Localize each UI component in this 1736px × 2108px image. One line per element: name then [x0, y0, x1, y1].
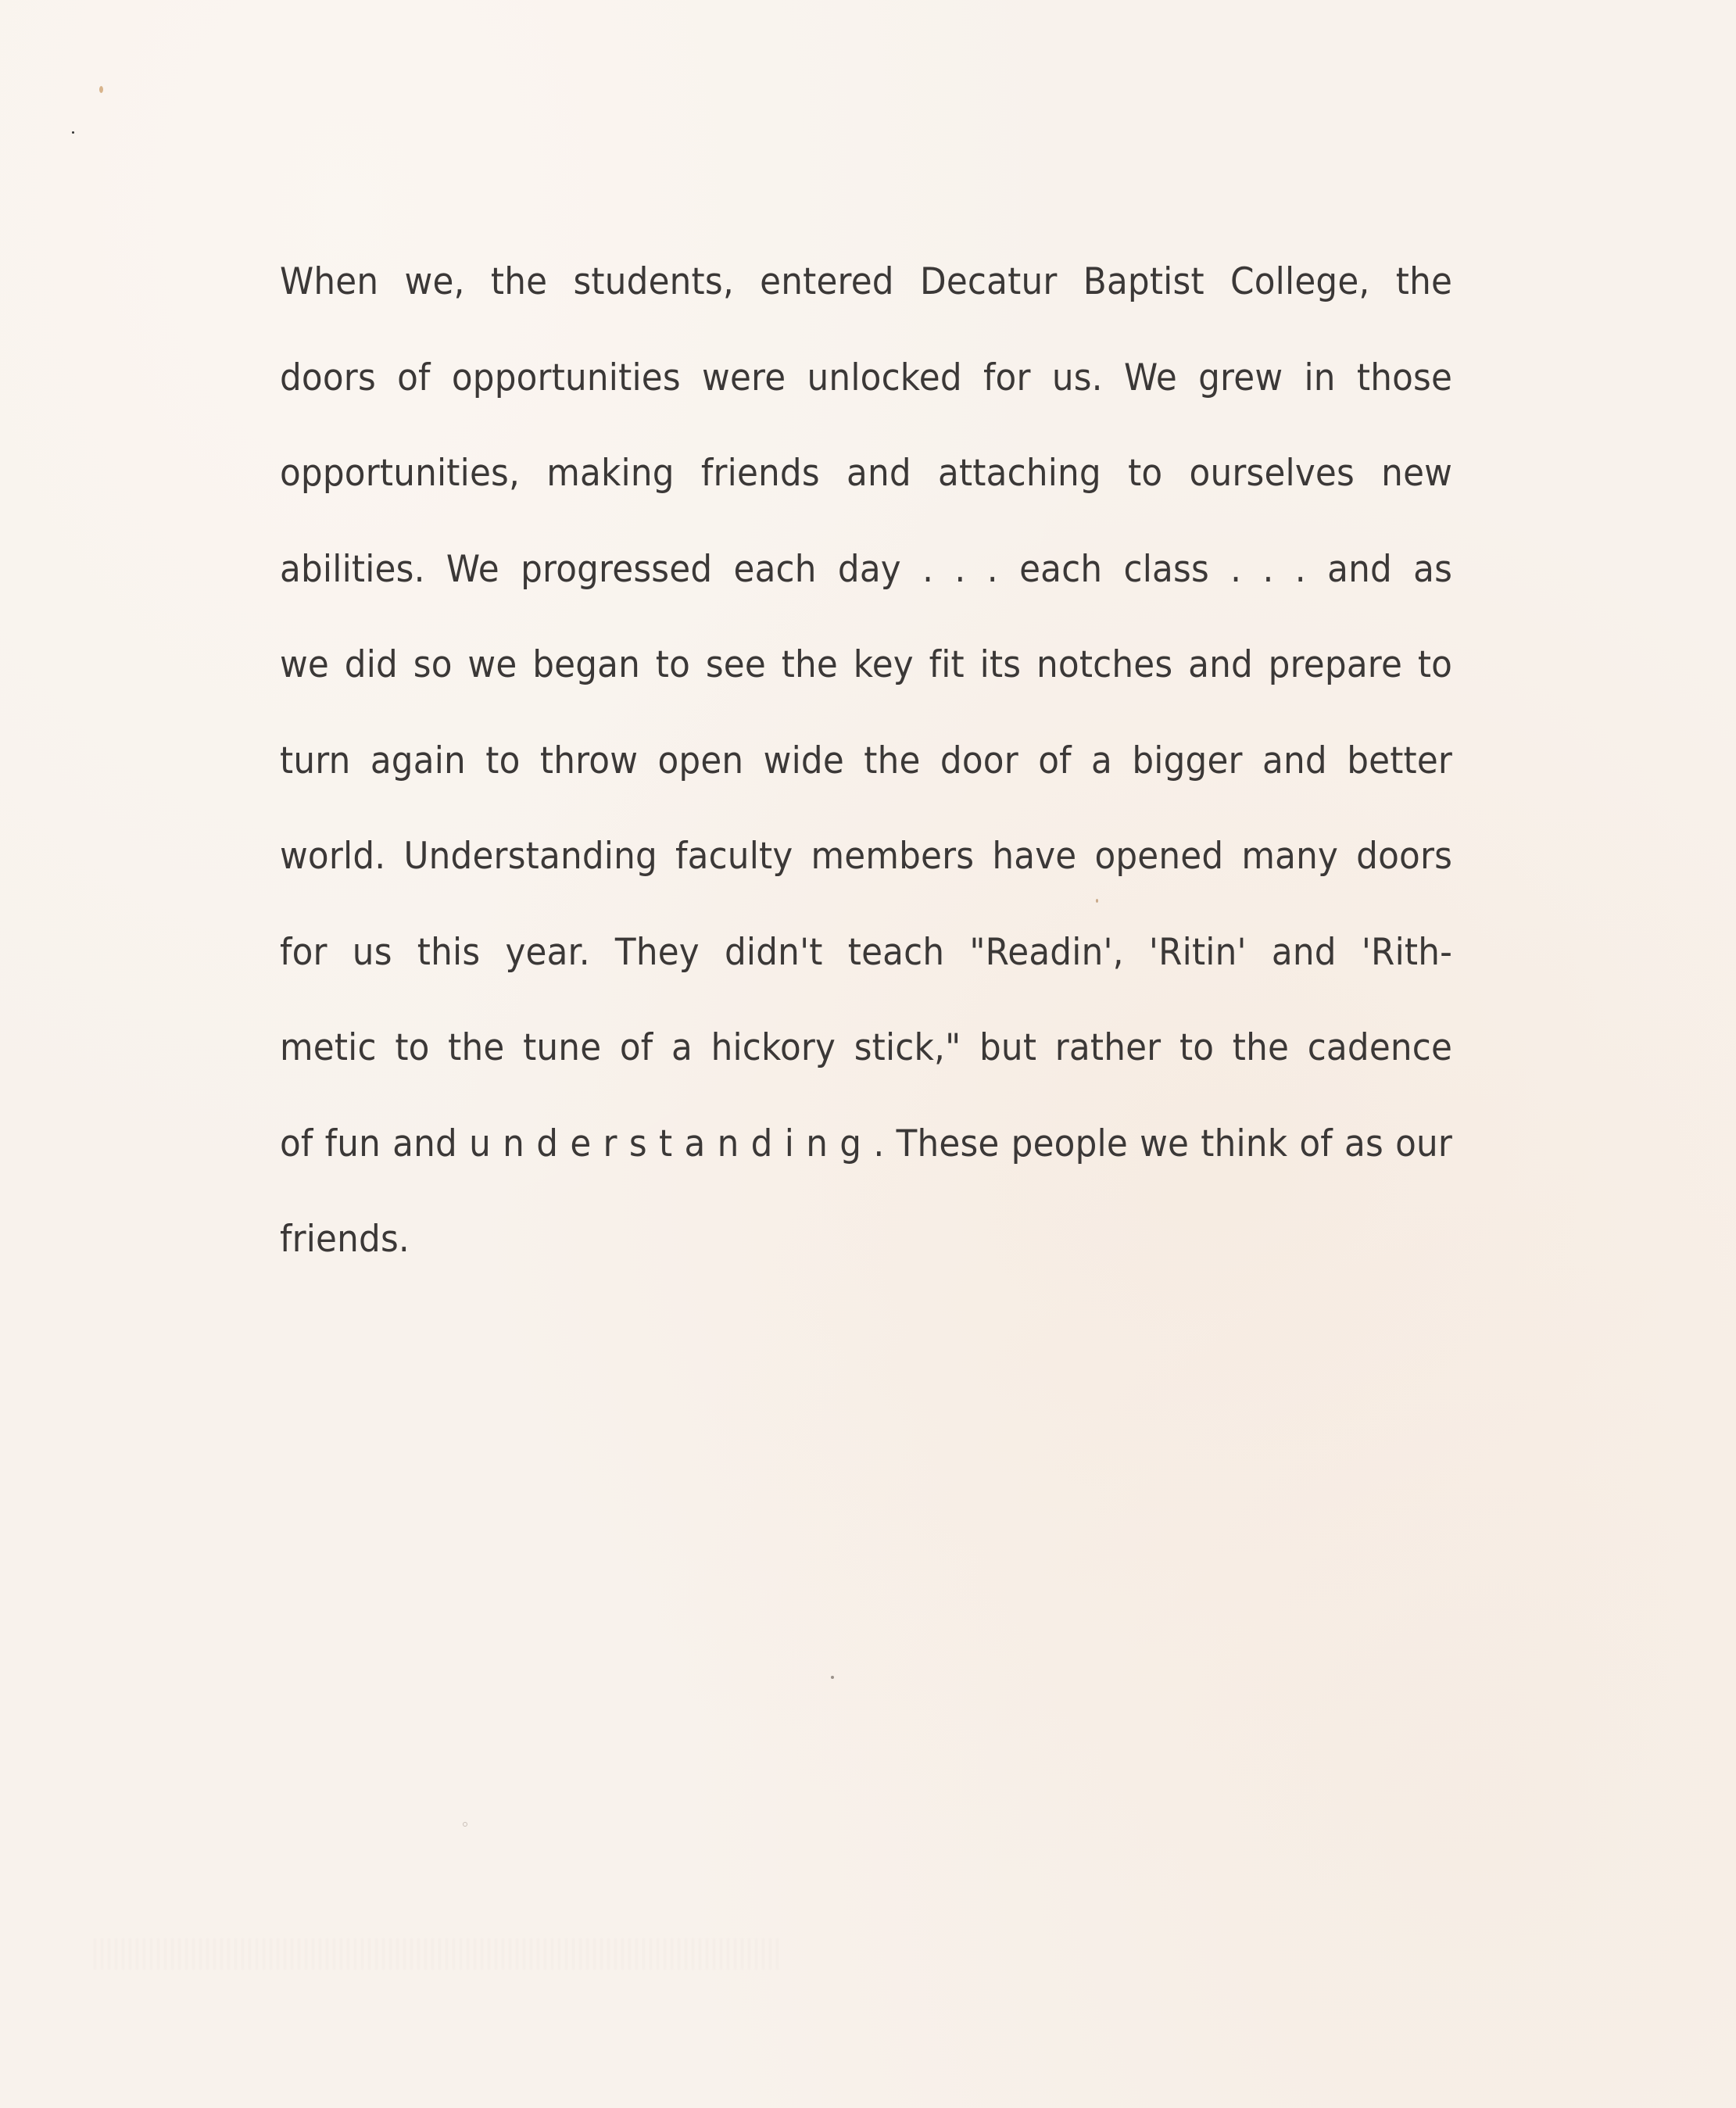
paragraph-line: opportunities, making friends and attach…	[280, 426, 1452, 522]
paper-speck	[831, 1676, 834, 1679]
paragraph-line-last: friends.	[280, 1192, 1452, 1288]
paper-speck	[99, 86, 103, 93]
paragraph-line: for us this year. They didn't teach "Rea…	[280, 905, 1452, 1001]
body-paragraph: When we, the students, entered Decatur B…	[280, 234, 1452, 1288]
scanned-page: When we, the students, entered Decatur B…	[0, 0, 1736, 2108]
paragraph-line: metic to the tune of a hickory stick," b…	[280, 1000, 1452, 1097]
paper-speck	[463, 1822, 467, 1827]
paragraph-line: When we, the students, entered Decatur B…	[280, 234, 1452, 331]
paragraph-line: we did so we began to see the key fit it…	[280, 617, 1452, 714]
paragraph-line: abilities. We progressed each day . . . …	[280, 522, 1452, 618]
paragraph-line: of fun and u n d e r s t a n d i n g . T…	[280, 1097, 1452, 1193]
paragraph-line: world. Understanding faculty members hav…	[280, 809, 1452, 905]
paragraph-line: turn again to throw open wide the door o…	[280, 714, 1452, 810]
paragraph-line: doors of opportunities were unlocked for…	[280, 331, 1452, 427]
paper-speck	[1096, 899, 1098, 903]
bleed-through-marks	[94, 1938, 782, 1970]
paper-speck	[72, 131, 74, 134]
